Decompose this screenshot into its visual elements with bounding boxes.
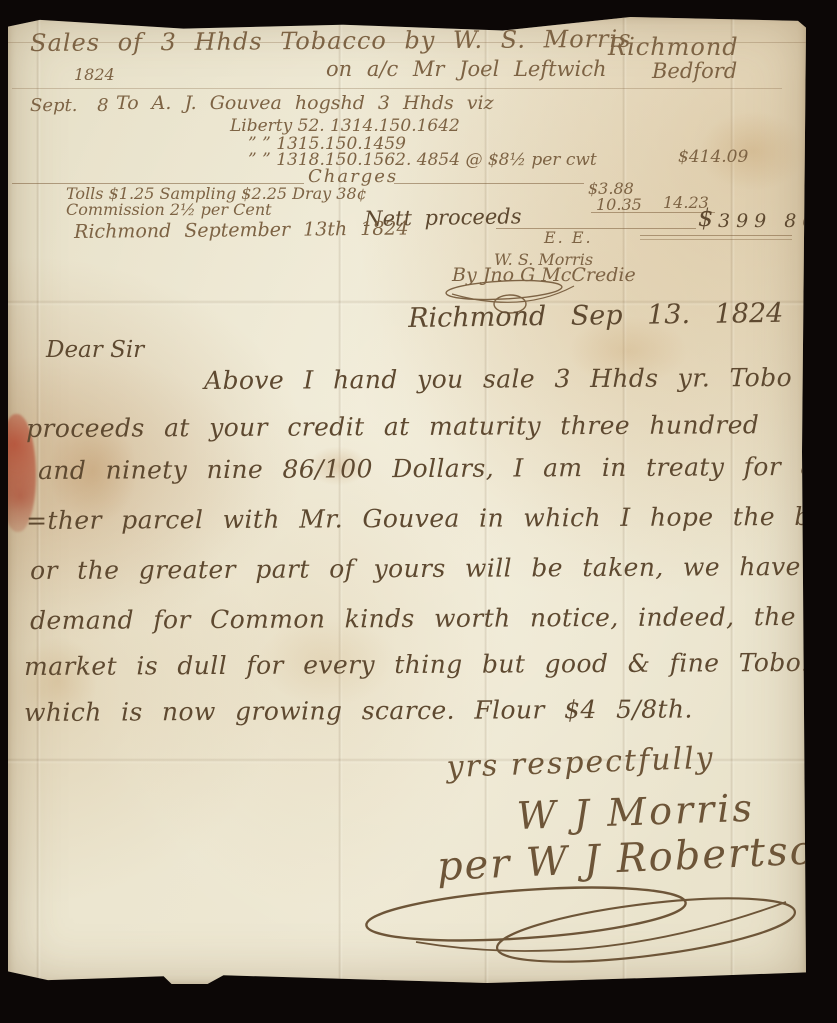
account-place-date: Richmond September 13th 1824 [74,217,409,243]
ruled-line [496,228,696,229]
lot-total: $414.09 [678,147,748,167]
lot-line: Liberty 52. 1314.150.1642 [230,116,460,136]
letter-body-line: market is dull for every thing but good … [24,648,809,681]
ruled-line [640,235,792,236]
account-county: Bedford [652,59,737,83]
fold-crease [36,16,41,984]
signature-flourish [356,872,806,972]
nett-proceeds-value: 399 86 [718,210,820,232]
manuscript-scan: Sales of 3 Hhds Tobacco by W. S. Morris … [0,0,837,1023]
ruled-line [640,239,792,240]
lot-line: ” ” 1318.150.1562. 4854 @ $8½ per cwt [248,150,597,170]
errors-excepted: E. E. [544,228,593,247]
letter-dateline: Richmond Sep 13. 1824 [408,298,784,334]
letter-body-line: demand for Common kinds worth notice, in… [30,602,796,635]
nett-proceeds-currency: $ [698,204,713,232]
letter-body-line: Above I hand you sale 3 Hhds yr. Tobo — … [204,362,837,395]
ruled-line [12,88,782,89]
charge-desc: Commission 2½ per Cent [66,200,272,219]
letter-body-line: =ther parcel with Mr. Gouvea in which I … [26,501,837,535]
ruled-line [394,183,584,184]
letter-body-line: and ninety nine 86/100 Dollars, I am in … [38,452,837,485]
letter-body-line: which is now growing scarce. Flour $4 5/… [24,694,693,727]
account-title-place: Richmond [608,33,739,61]
account-title: Sales of 3 Hhds Tobacco by W. S. Morris [30,25,632,57]
letter-signature: W J Morris [516,786,756,838]
letter-salutation: Dear Sir [46,337,144,363]
entry-date: Sept. 8 [30,95,109,116]
letter-closing: yrs respectfully [446,741,715,785]
letter-body-line: proceeds at your credit at maturity thre… [26,410,759,443]
account-year: 1824 [74,65,115,84]
entry-text: To A. J. Gouvea hogshd 3 Hhds viz [116,92,494,114]
paper: Sales of 3 Hhds Tobacco by W. S. Morris … [8,16,806,984]
letter-body-line: or the greater part of yours will be tak… [30,552,837,585]
account-of-line: on a/c Mr Joel Leftwich [326,57,607,81]
ruled-line [591,212,715,213]
